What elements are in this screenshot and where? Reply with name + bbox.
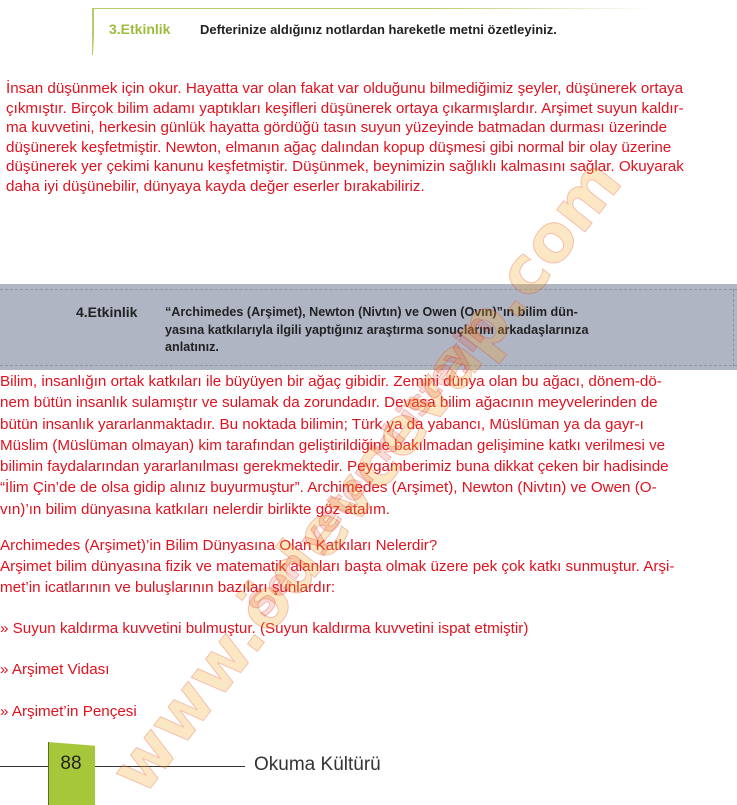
answer-line: Müslim (Müslüman olmayan) kim tarafından… [0,435,737,456]
activity3-instruction: Defterinize aldığınız notlardan hareketl… [200,22,557,37]
instruction-line: “Archimedes (Arşimet), Newton (Nivtın) v… [165,304,695,322]
dashed-border-bottom [0,365,737,366]
bullet-item: » Suyun kaldırma kuvvetini bulmuştur. (S… [0,620,528,637]
book-title: Okuma Kültürü [254,754,381,776]
section-body: Arşimet bilim dünyasına fizik ve matemat… [0,556,674,598]
answer-line: çıkmıştır. Birçok bilim adamı yaptıkları… [6,99,734,119]
activity4-answer-intro: Bilim, insanlığın ortak katkıları ile bü… [0,371,737,520]
instruction-line: yasına katkılarıyla ilgili yaptığınız ar… [165,322,695,340]
answer-line: bilimin faydalarından yararlanılması ger… [0,456,737,477]
section-title: Archimedes (Arşimet)’in Bilim Dünyasına … [0,536,437,556]
answer-line: vın)’ın bilim dünyasına katkıları nelerd… [0,499,737,520]
page-number: 88 [48,753,94,775]
answer-line: “İlim Çin’de de olsa gidip alınız buyurm… [0,477,737,498]
answer-line: nem bütün insanlık sulamıştır ve sulamak… [0,392,737,413]
answer-line: daha iyi düşünebilir, dünyaya kayda değe… [6,177,734,197]
answer-line: düşünerek keşfetmiştir. Newton, elmanın … [6,138,734,158]
dashed-border-right [733,289,734,366]
answer-line: bütün insanlık yararlanmaktadır. Bu nokt… [0,414,737,435]
bullet-item: » Arşimet Vidası [0,661,109,678]
footer-rule [0,766,245,767]
activity4-label: 4.Etkinlik [76,304,137,320]
answer-line: ma kuvvetini, herkesin günlük hayatta gö… [6,118,734,138]
bullet-item: » Arşimet’in Pençesi [0,703,137,720]
answer-line: düşünerek yer çekimi kanunu keşfetmiştir… [6,157,734,177]
activity3-frame-left [92,8,94,54]
activity4-box: 4.Etkinlik “Archimedes (Arşimet), Newton… [0,284,737,370]
activity3-answer: İnsan düşünmek için okur. Hayatta var ol… [6,79,734,197]
answer-line: İnsan düşünmek için okur. Hayatta var ol… [6,79,734,99]
instruction-line: anlatınız. [165,339,695,357]
answer-line: Arşimet bilim dünyasına fizik ve matemat… [0,556,674,577]
activity3-label: 3.Etkinlik [109,21,170,37]
answer-line: Bilim, insanlığın ortak katkıları ile bü… [0,371,737,392]
activity4-instruction: “Archimedes (Arşimet), Newton (Nivtın) v… [165,304,695,357]
answer-line: met’in icatlarının ve buluşlarının bazıl… [0,577,674,598]
dashed-border-top [0,289,737,290]
